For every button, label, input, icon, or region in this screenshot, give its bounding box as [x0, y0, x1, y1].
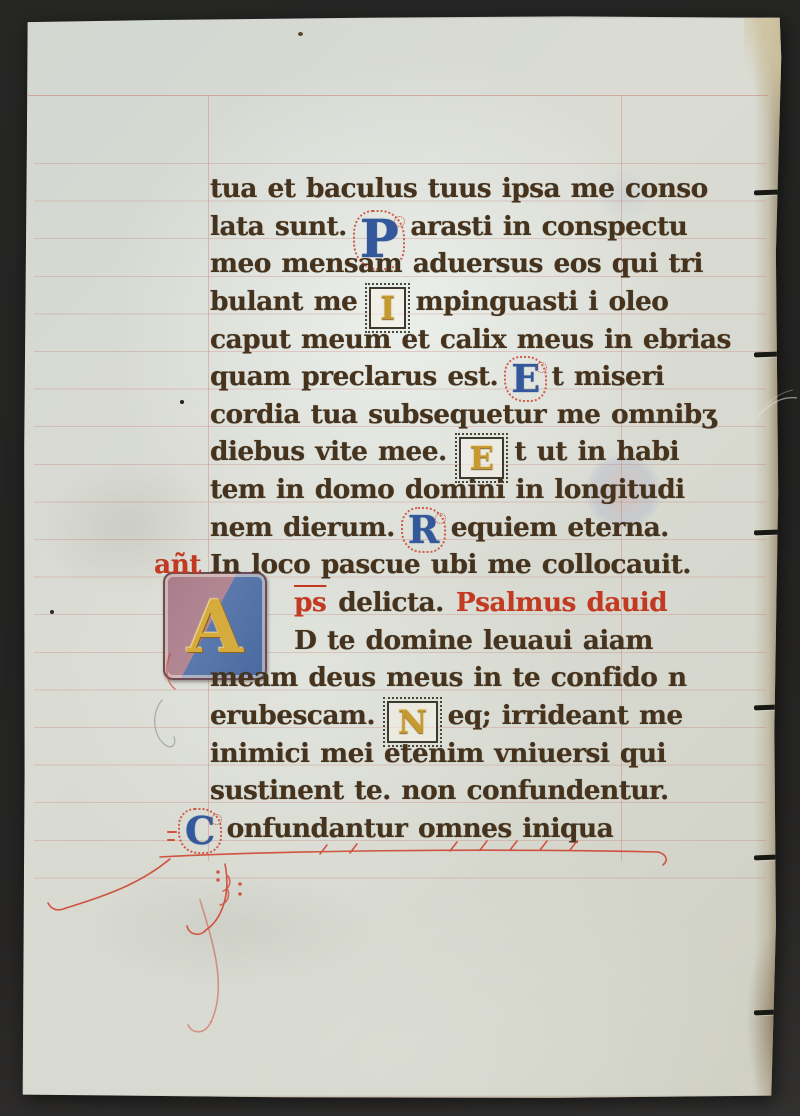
line-text: equiem eterna. [451, 512, 669, 543]
top-right-fold [744, 16, 782, 146]
penwork-initial-E: E [508, 360, 542, 398]
text-line: tem in domo domini in longitudi [210, 473, 690, 513]
text-line: erubescam.Neq; irrideant me [210, 699, 690, 739]
text-line: nem dierum.Requiem eterna. [210, 511, 690, 551]
text-line: Confundantur omnes iniqua [210, 812, 690, 852]
photo-of-manuscript-leaf: { "palette": { "photo_background": "#242… [0, 0, 800, 1116]
gray-smudge-stain [80, 869, 380, 989]
text-line: tua et baculus tuus ipsa me conso [210, 172, 690, 212]
line-text: In loco pascue ubi me collocauit. [210, 549, 691, 580]
line-text: meo mensam aduersus eos qui tri [210, 248, 703, 279]
binding-slit [754, 1010, 779, 1016]
bottom-edge-shade [20, 1095, 782, 1100]
top-edge-shade [20, 14, 782, 19]
line-text: diebus vite mee. [210, 436, 447, 467]
line-text: eq; irrideant me [448, 700, 683, 731]
text-line: cordia tua subsequetur me omnibʒ [210, 398, 690, 438]
line-text: nem dierum. [210, 512, 395, 543]
line-text: erubescam. [210, 700, 375, 731]
line-text: quam preclarus est. [210, 361, 498, 392]
text-line: psdelicta.Psalmus dauid [210, 586, 774, 626]
text-line: caput meum et calix meus in ebrias [210, 323, 690, 363]
line-text: mpinguasti i oleo [416, 286, 669, 317]
line-text: inimici mei etenim vniuersi qui [210, 738, 666, 769]
line-text: t miseri [552, 361, 665, 392]
line-text: bulant me [210, 286, 357, 317]
text-line: meam deus meus in te confido n [210, 661, 690, 701]
text-line: diebus vite mee.Et ut in habi [210, 435, 690, 475]
ruling-line-top [28, 95, 768, 96]
line-text: cordia tua subsequetur me omnibʒ [210, 399, 716, 430]
bottom-right-stain [722, 840, 782, 1100]
line-text: arasti in conspectu [410, 211, 687, 242]
line-text: lata sunt. [210, 211, 347, 242]
manuscript-leaf: A tua et baculus tuus ipsa me conso lata… [20, 14, 782, 1100]
ink-speck [298, 32, 303, 36]
line-text: t ut in habi [514, 436, 679, 467]
line-text: tem in domo domini in longitudi [210, 474, 685, 505]
text-line: añtIn loco pascue ubi me collocauit. [210, 548, 690, 588]
penwork-initial-C: C [182, 812, 218, 850]
ruling-line-vertical-left [208, 95, 209, 861]
line-text: meam deus meus in te confido n [210, 662, 687, 693]
antiphon-rubric: añt [154, 548, 210, 582]
line-text: caput meum et calix meus in ebrias [210, 324, 731, 355]
line-text: onfundantur omnes iniqua [227, 813, 614, 844]
line-text: D te domine leuaui aiam [294, 625, 653, 656]
line-text: tua et baculus tuus ipsa me conso [210, 173, 708, 204]
line-text: delicta. [338, 587, 444, 618]
text-line: D te domine leuaui aiam [210, 624, 774, 664]
text-line: inimici mei etenim vniuersi qui [210, 737, 690, 777]
text-line: bulant meImpinguasti i oleo [210, 285, 690, 325]
psalmus-david-rubric: Psalmus dauid [456, 587, 667, 618]
left-edge-shade [20, 14, 24, 1100]
text-line: sustinent te. non confundentur. [210, 774, 690, 814]
text-line: quam preclarus est.Et miseri [210, 360, 690, 400]
psalm-rubric: ps [294, 587, 326, 618]
text-line: meo mensam aduersus eos qui tri [210, 247, 690, 287]
text-line: lata sunt.Parasti in conspectu [210, 210, 690, 250]
line-text: sustinent te. non confundentur. [210, 775, 669, 806]
penwork-initial-R: R [405, 511, 442, 549]
leaf-shadow-wrapper: A tua et baculus tuus ipsa me conso lata… [0, 0, 800, 1116]
